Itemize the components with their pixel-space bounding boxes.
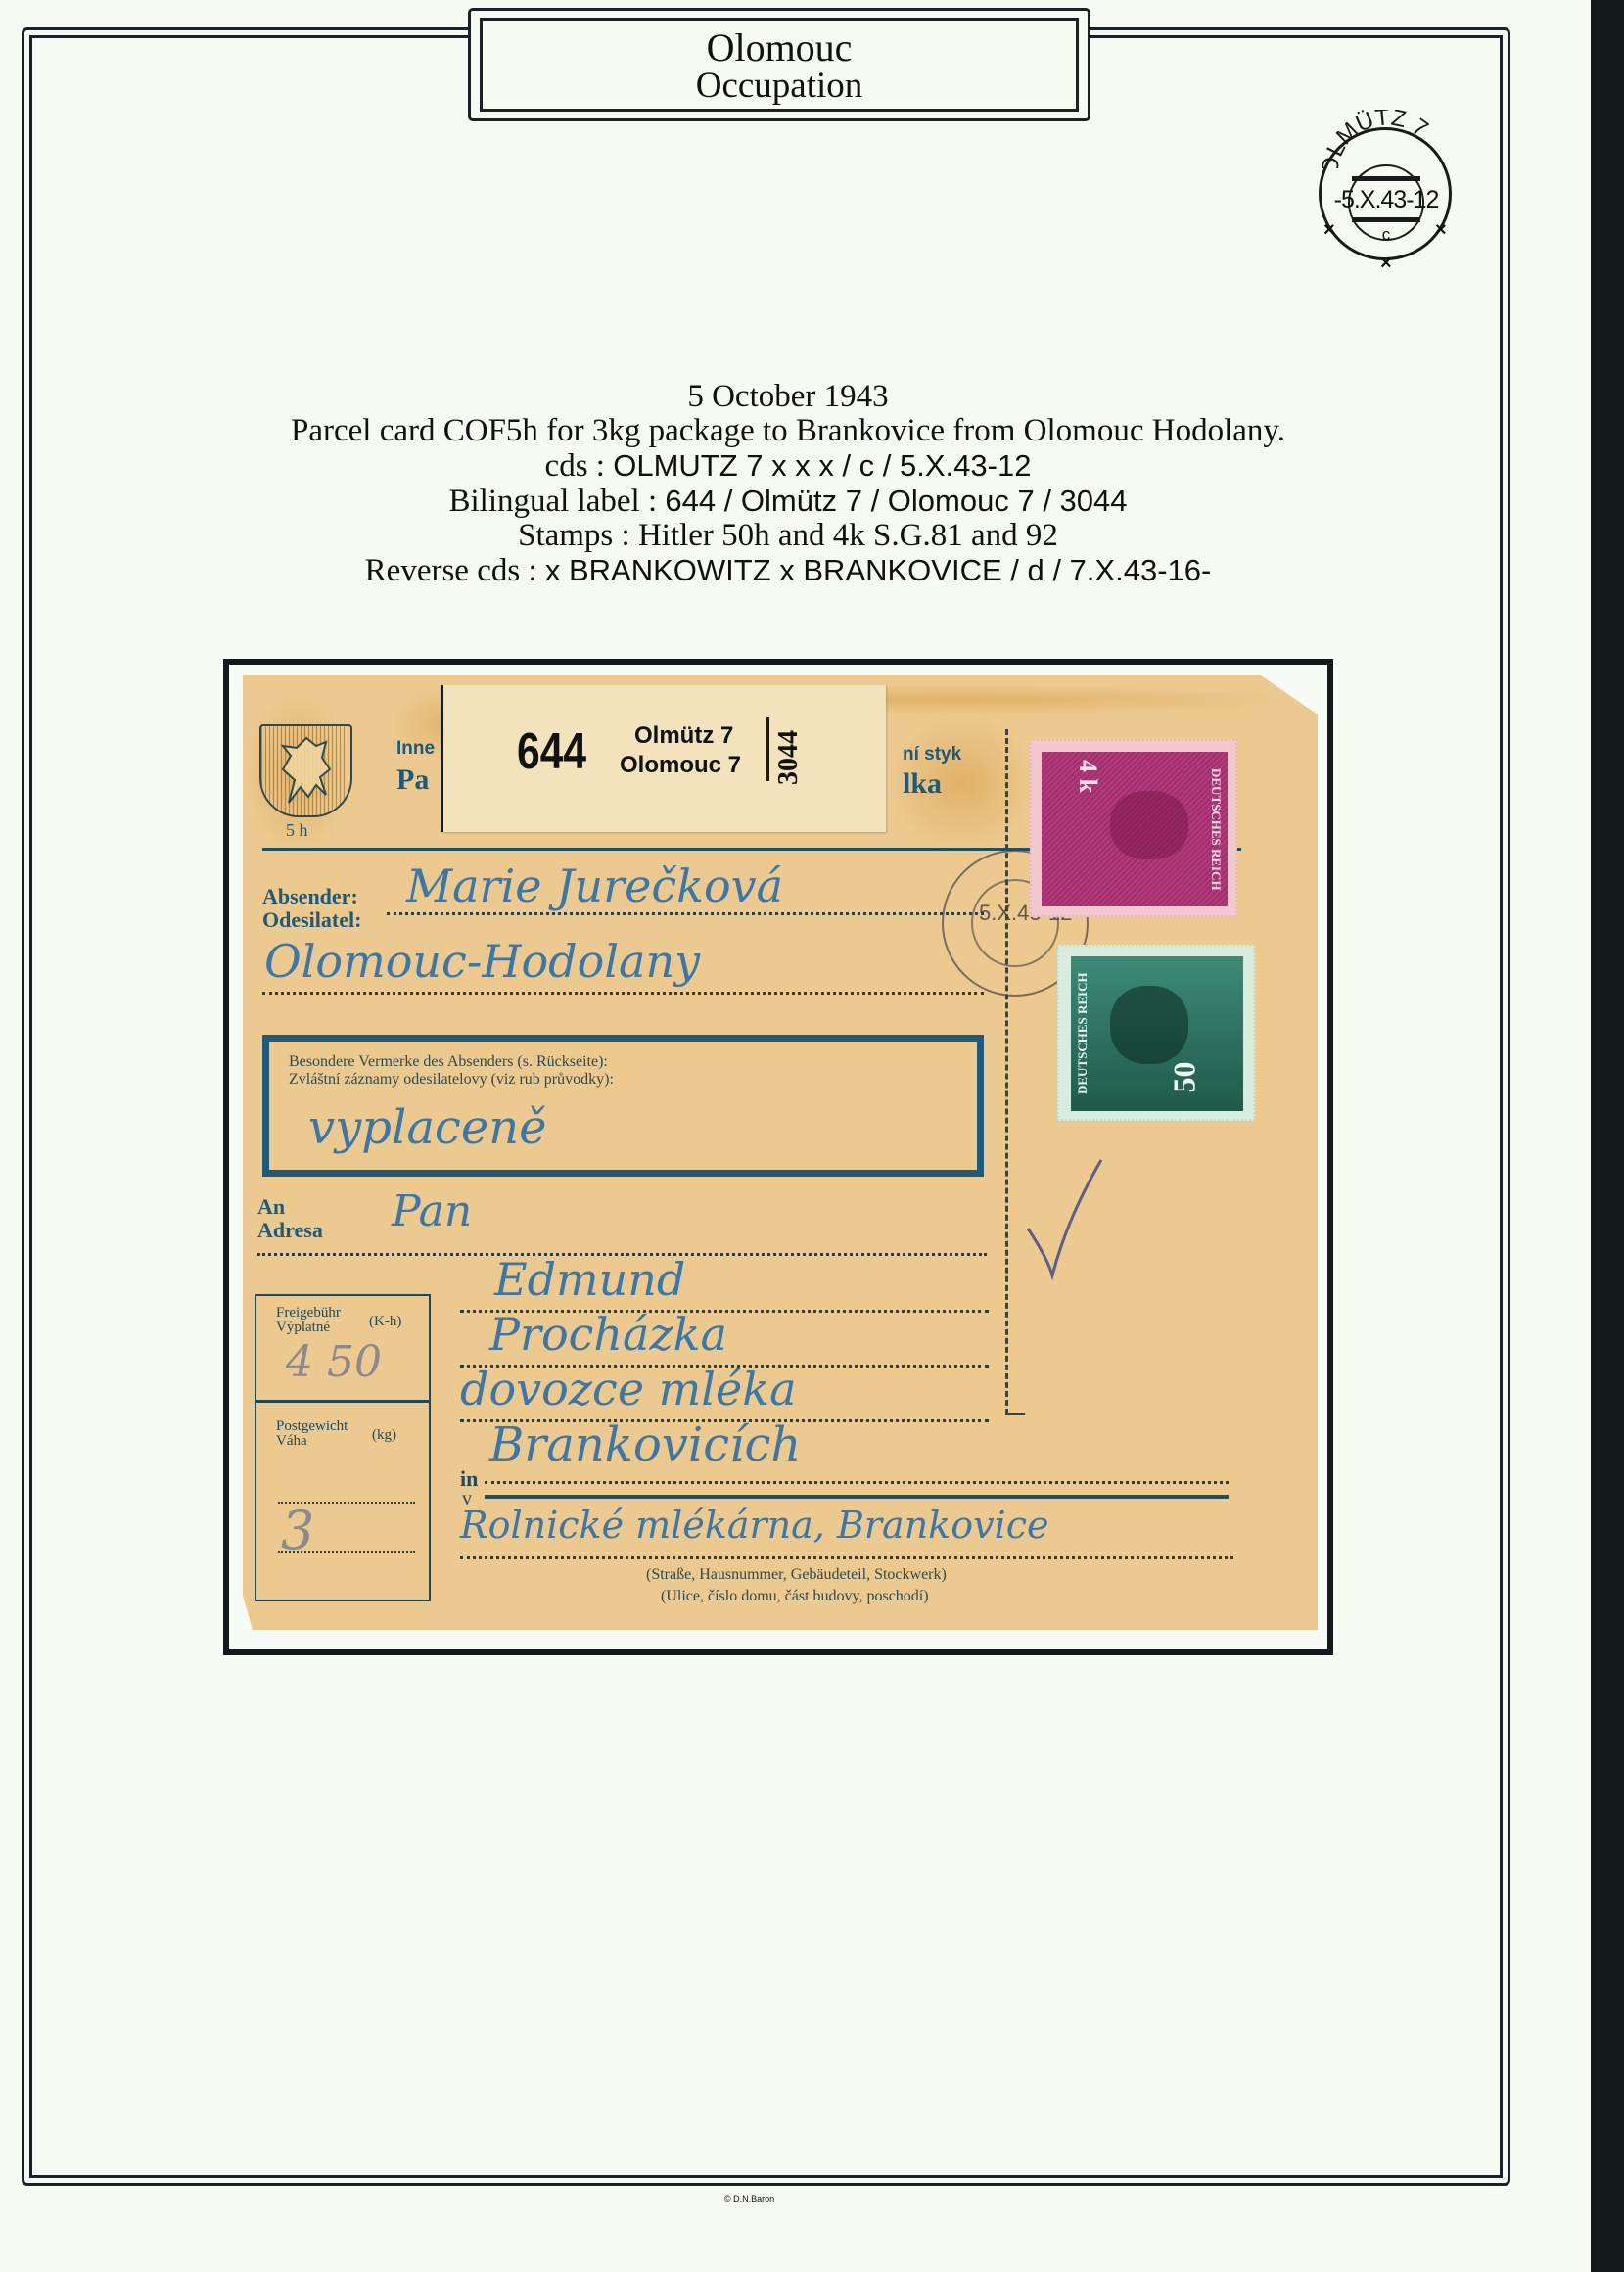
sender-name: Marie Jurečková [406, 859, 783, 912]
street-value: Rolnické mlékárna, Brankovice [460, 1504, 1048, 1547]
description-label: Bilingual label : 644 / Olmütz 7 / Olomo… [137, 484, 1439, 519]
description-stamps: Stamps : Hitler 50h and 4k S.G.81 and 92 [137, 519, 1439, 553]
card-header-right-bottom-fragment: lka [903, 767, 942, 801]
fee-value: 4 50 [286, 1337, 382, 1387]
sender-label-cz: Odesilatel: [262, 907, 361, 933]
fee-weight-divider [256, 1400, 429, 1403]
label-serial: 3044 [773, 723, 805, 792]
label-office-de: Olmütz 7 [634, 722, 733, 750]
postmark-date: -5.X.43-12 [1331, 186, 1441, 214]
lion-icon [261, 726, 350, 815]
description-block: 5 October 1943 Parcel card COF5h for 3kg… [137, 380, 1439, 588]
title-line-1: Olomouc [483, 28, 1076, 68]
notes-label-cz: Zvláštní záznamy odesilatelovy (viz rub … [289, 1071, 614, 1089]
pencil-check-mark [1008, 1150, 1116, 1287]
weight-unit: (kg) [372, 1427, 396, 1444]
page-title: Olomouc Occupation [480, 18, 1079, 112]
stamp-area-corner [1005, 1413, 1025, 1415]
street-dotline [460, 1556, 1233, 1559]
town-rule [485, 1495, 1229, 1499]
stamp-4k: DEUTSCHES REICH 4 k [1030, 739, 1237, 917]
portrait-icon [1110, 791, 1188, 859]
description-date: 5 October 1943 [137, 380, 1439, 414]
notes-label-de: Besondere Vermerke des Absenders (s. Rüc… [289, 1053, 608, 1071]
fee-unit: (K-h) [369, 1314, 401, 1330]
stamp-50h-value: 50 [1167, 1062, 1203, 1093]
sender-place: Olomouc-Hodolany [264, 935, 700, 988]
sender-label-de: Absender: [262, 884, 358, 909]
postmark-city-arc: OLMÜTZ 7 [1317, 110, 1454, 168]
street-hint-cz: (Ulice, číslo domu, část budovy, poschod… [661, 1588, 929, 1605]
address-line-3: Procházka [489, 1308, 727, 1361]
postmark-letter: c [1374, 225, 1398, 245]
copyright: © D.N.Baron [724, 2194, 774, 2203]
card-header-de-fragment: Inne [396, 738, 435, 760]
postmark-ornament-bottom: × [1380, 253, 1392, 275]
description-reverse-cds: Reverse cds : x BRANKOWITZ x BRANKOVICE … [137, 553, 1439, 588]
scan-edge [1591, 0, 1624, 2272]
weight-value: 3 [281, 1500, 314, 1561]
bilingual-office-label: 644 Olmütz 7 Olomouc 7 3044 [441, 685, 886, 832]
postmark-bar-bottom [1352, 217, 1420, 222]
card-header-right-top-fragment: ní styk [903, 744, 961, 765]
address-line-1: Pan [392, 1186, 472, 1236]
stamp-50h-inscription: DEUTSCHES REICH [1075, 956, 1096, 1111]
description-cds: cds : OLMUTZ 7 x x x / c / 5.X.43-12 [137, 448, 1439, 484]
fee-label: FreigebührVýplatné [276, 1306, 341, 1335]
portrait-icon [1110, 986, 1188, 1064]
address-line-4: dovozce mléka [460, 1363, 797, 1415]
description-summary: Parcel card COF5h for 3kg package to Bra… [137, 414, 1439, 448]
label-number: 644 [517, 722, 586, 781]
indicium-value: 5 h [286, 820, 308, 841]
coat-of-arms-indicium [259, 724, 352, 817]
fee-weight-box: FreigebührVýplatné (K-h) 4 50 Postgewich… [255, 1294, 431, 1601]
weight-label: PostgewichtVáha [276, 1419, 348, 1449]
card-header-cz-fragment: Pa [396, 764, 429, 797]
title-line-2: Occupation [483, 68, 1076, 105]
street-hint-de: (Straße, Hausnummer, Gebäudeteil, Stockw… [646, 1566, 947, 1584]
postmark-ornament-left: × [1323, 219, 1335, 242]
sender-line-1 [387, 912, 984, 915]
stamp-4k-inscription: DEUTSCHES REICH [1202, 752, 1224, 906]
stamp-area-divider [1005, 729, 1008, 1414]
postmark-bar-top [1352, 176, 1420, 181]
label-office-cz: Olomouc 7 [620, 752, 741, 779]
postmark-ornament-right: × [1435, 219, 1447, 242]
sender-line-2 [262, 992, 984, 995]
address-line-5: Brankovicích [489, 1417, 801, 1472]
svg-text:OLMÜTZ 7: OLMÜTZ 7 [1317, 110, 1433, 168]
special-notes-box: Besondere Vermerke des Absenders (s. Rüc… [262, 1035, 984, 1177]
stamp-50h: DEUTSCHES REICH 50 [1057, 945, 1255, 1121]
notes-value: vyplaceně [308, 1100, 547, 1155]
address-label-cz: Adresa [257, 1218, 323, 1243]
address-label-de: An [257, 1194, 285, 1220]
town-dotline [485, 1481, 1229, 1484]
label-divider [766, 717, 769, 781]
stamp-4k-value: 4 k [1073, 760, 1102, 793]
address-line-2: Edmund [494, 1253, 685, 1306]
